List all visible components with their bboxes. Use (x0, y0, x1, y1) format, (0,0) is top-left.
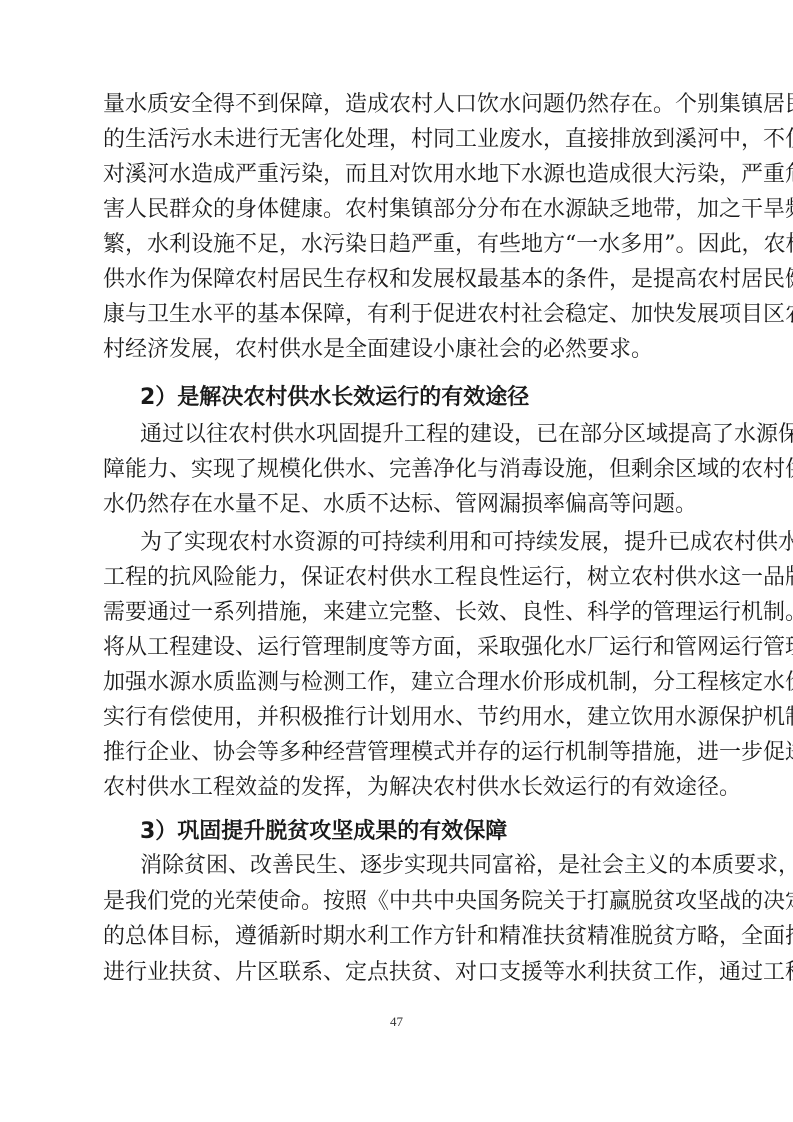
body-line: 繁，水利设施不足，水污染日趋严重，有些地方“一水多用”。因此，农村 (103, 230, 690, 260)
body-line: 的生活污水未进行无害化处理，村同工业废水，直接排放到溪河中，不仅 (103, 125, 690, 155)
body-line: 水仍然存在水量不足、水质不达标、管网漏损率偏高等问题。 (103, 490, 690, 520)
body-line: 实行有偿使用，并积极推行计划用水、节约用水，建立饮用水源保护机制， (103, 703, 690, 733)
body-line: 工程的抗风险能力，保证农村供水工程良性运行，树立农村供水这一品牌， (103, 563, 690, 593)
paragraph-first-line: 通过以往农村供水巩固提升工程的建设，已在部分区域提高了水源保 (140, 420, 690, 450)
body-line: 村经济发展，农村供水是全面建设小康社会的必然要求。 (103, 335, 690, 365)
body-line: 推行企业、协会等多种经营管理模式并存的运行机制等措施，进一步促进 (103, 738, 690, 768)
body-line: 进行业扶贫、片区联系、定点扶贫、对口支援等水利扶贫工作，通过工程 (103, 958, 690, 988)
page-number: 47 (0, 1013, 793, 1031)
body-line: 害人民群众的身体健康。农村集镇部分分布在水源缺乏地带，加之干旱频 (103, 195, 690, 225)
body-line: 加强水源水质监测与检测工作，建立合理水价形成机制，分工程核定水价， (103, 668, 690, 698)
section-heading-3: 3）巩固提升脱贫攻坚成果的有效保障 (140, 817, 690, 847)
section-heading-2: 2）是解决农村供水长效运行的有效途径 (140, 383, 690, 413)
body-line: 对溪河水造成严重污染，而且对饮用水地下水源也造成很大污染，严重危 (103, 160, 690, 190)
body-line: 量水质安全得不到保障，造成农村人口饮水问题仍然存在。个别集镇居民 (103, 90, 690, 120)
body-line: 的总体目标，遵循新时期水利工作方针和精准扶贫精准脱贫方略，全面推 (103, 922, 690, 952)
body-line: 是我们党的光荣使命。按照《中共中央国务院关于打赢脱贫攻坚战的决定》 (103, 887, 690, 917)
paragraph-first-line: 消除贫困、改善民生、逐步实现共同富裕，是社会主义的本质要求， (140, 851, 690, 881)
body-line: 农村供水工程效益的发挥，为解决农村供水长效运行的有效途径。 (103, 773, 690, 803)
document-page: 量水质安全得不到保障，造成农村人口饮水问题仍然存在。个别集镇居民 的生活污水未进… (0, 0, 793, 1122)
body-line: 障能力、实现了规模化供水、完善净化与消毒设施，但剩余区域的农村供 (103, 455, 690, 485)
paragraph-first-line: 为了实现农村水资源的可持续利用和可持续发展，提升已成农村供水 (140, 528, 690, 558)
body-line: 需要通过一系列措施，来建立完整、长效、良性、科学的管理运行机制。 (103, 598, 690, 628)
body-line: 供水作为保障农村居民生存权和发展权最基本的条件，是提高农村居民健 (103, 265, 690, 295)
body-line: 将从工程建设、运行管理制度等方面，采取强化水厂运行和管网运行管理， (103, 633, 690, 663)
body-line: 康与卫生水平的基本保障，有利于促进农村社会稳定、加快发展项目区农 (103, 300, 690, 330)
